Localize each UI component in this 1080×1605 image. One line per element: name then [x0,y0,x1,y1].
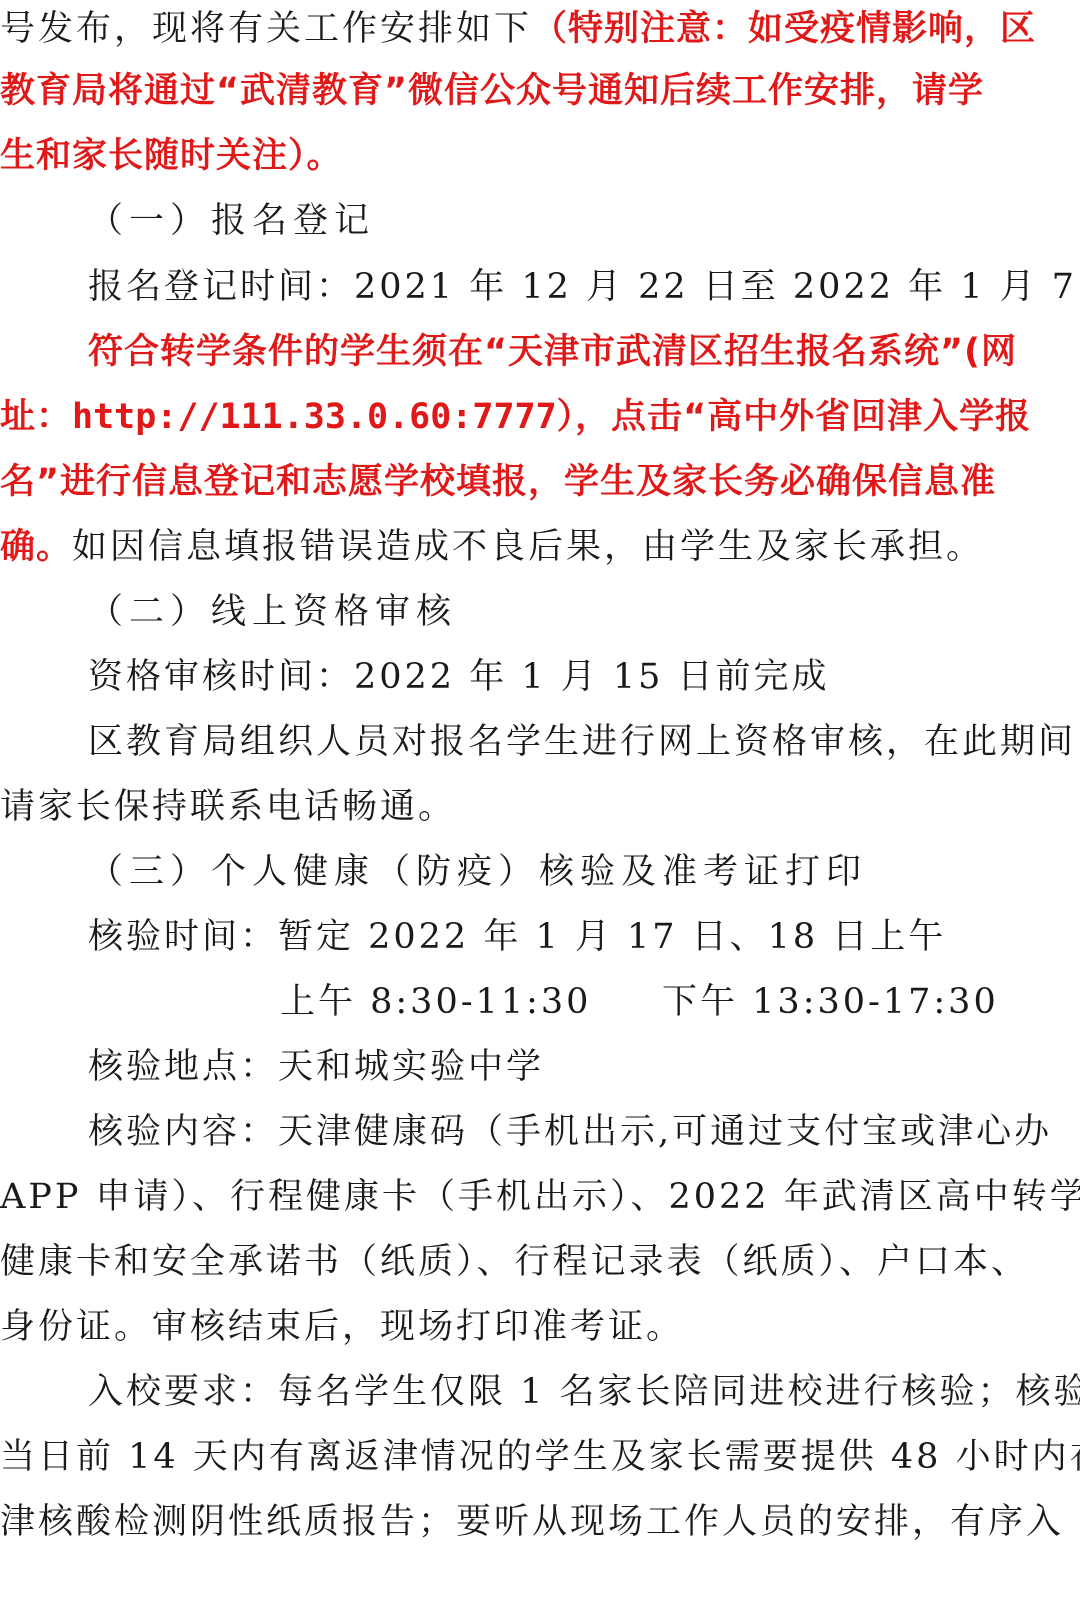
intro-line-3: 生和家长随时关注）。 [0,131,1080,181]
registration-time: 报名登记时间：2021 年 12 月 22 日至 2022 年 1 月 7 日 [88,262,1080,312]
section-2-heading: （二）线上资格审核 [88,587,1080,637]
registration-notice-line-1: 符合转学条件的学生须在“天津市武清区招生报名系统”(网 [88,327,1080,377]
intro-text: 号发布，现将有关工作安排如下 [0,9,532,49]
review-body-line-2: 请家长保持联系电话畅通。 [0,782,1080,832]
verification-content-line-2: APP 申请）、行程健康卡（手机出示）、2022 年武清区高中转学 [0,1172,1080,1222]
verification-location: 核验地点：天和城实验中学 [88,1042,1080,1092]
verification-time: 核验时间：暂定 2022 年 1 月 17 日、18 日上午 [88,912,1080,962]
review-body-line-1: 区教育局组织人员对报名学生进行网上资格审核，在此期间 [88,717,1080,767]
entry-requirement-line-2: 当日前 14 天内有离返津情况的学生及家长需要提供 48 小时内在 [0,1432,1080,1482]
section-1-heading: （一）报名登记 [88,196,1080,246]
registration-url-link[interactable]: http://111.33.0.60:7777 [72,397,557,437]
url-suffix: ），点击“高中外省回津入学报 [557,397,1032,437]
intro-line-1: 号发布，现将有关工作安排如下（特别注意：如受疫情影响，区 [0,4,1080,54]
notice-end-text: 确。 [0,527,72,567]
review-time: 资格审核时间：2022 年 1 月 15 日前完成 [88,652,1080,702]
liability-text: 如因信息填报错误造成不良后果，由学生及家长承担。 [72,527,984,567]
url-prefix: 址： [0,397,72,437]
verification-content-line-1: 核验内容：天津健康码（手机出示,可通过支付宝或津心办 [88,1107,1080,1157]
verification-time-slots: 上午 8:30-11:30 下午 13:30-17:30 [280,977,1080,1027]
registration-notice-line-3: 名”进行信息登记和志愿学校填报，学生及家长务必确保信息准 [0,457,1080,507]
verification-content-line-3: 健康卡和安全承诺书（纸质）、行程记录表（纸质）、户口本、 [0,1237,1080,1287]
registration-notice-line-4: 确。如因信息填报错误造成不良后果，由学生及家长承担。 [0,522,1080,572]
section-3-heading: （三）个人健康（防疫）核验及准考证打印 [88,847,1080,897]
intro-line-2: 教育局将通过“武清教育”微信公众号通知后续工作安排，请学 [0,66,1080,116]
entry-requirement-line-3: 津核酸检测阴性纸质报告；要听从现场工作人员的安排，有序入 [0,1497,1080,1547]
special-notice-text: （特别注意：如受疫情影响，区 [532,9,1036,49]
entry-requirement-line-1: 入校要求：每名学生仅限 1 名家长陪同进校进行核验；核验 [88,1367,1080,1417]
verification-content-line-4: 身份证。审核结束后，现场打印准考证。 [0,1302,1080,1352]
registration-notice-line-2: 址：http://111.33.0.60:7777），点击“高中外省回津入学报 [0,392,1080,442]
